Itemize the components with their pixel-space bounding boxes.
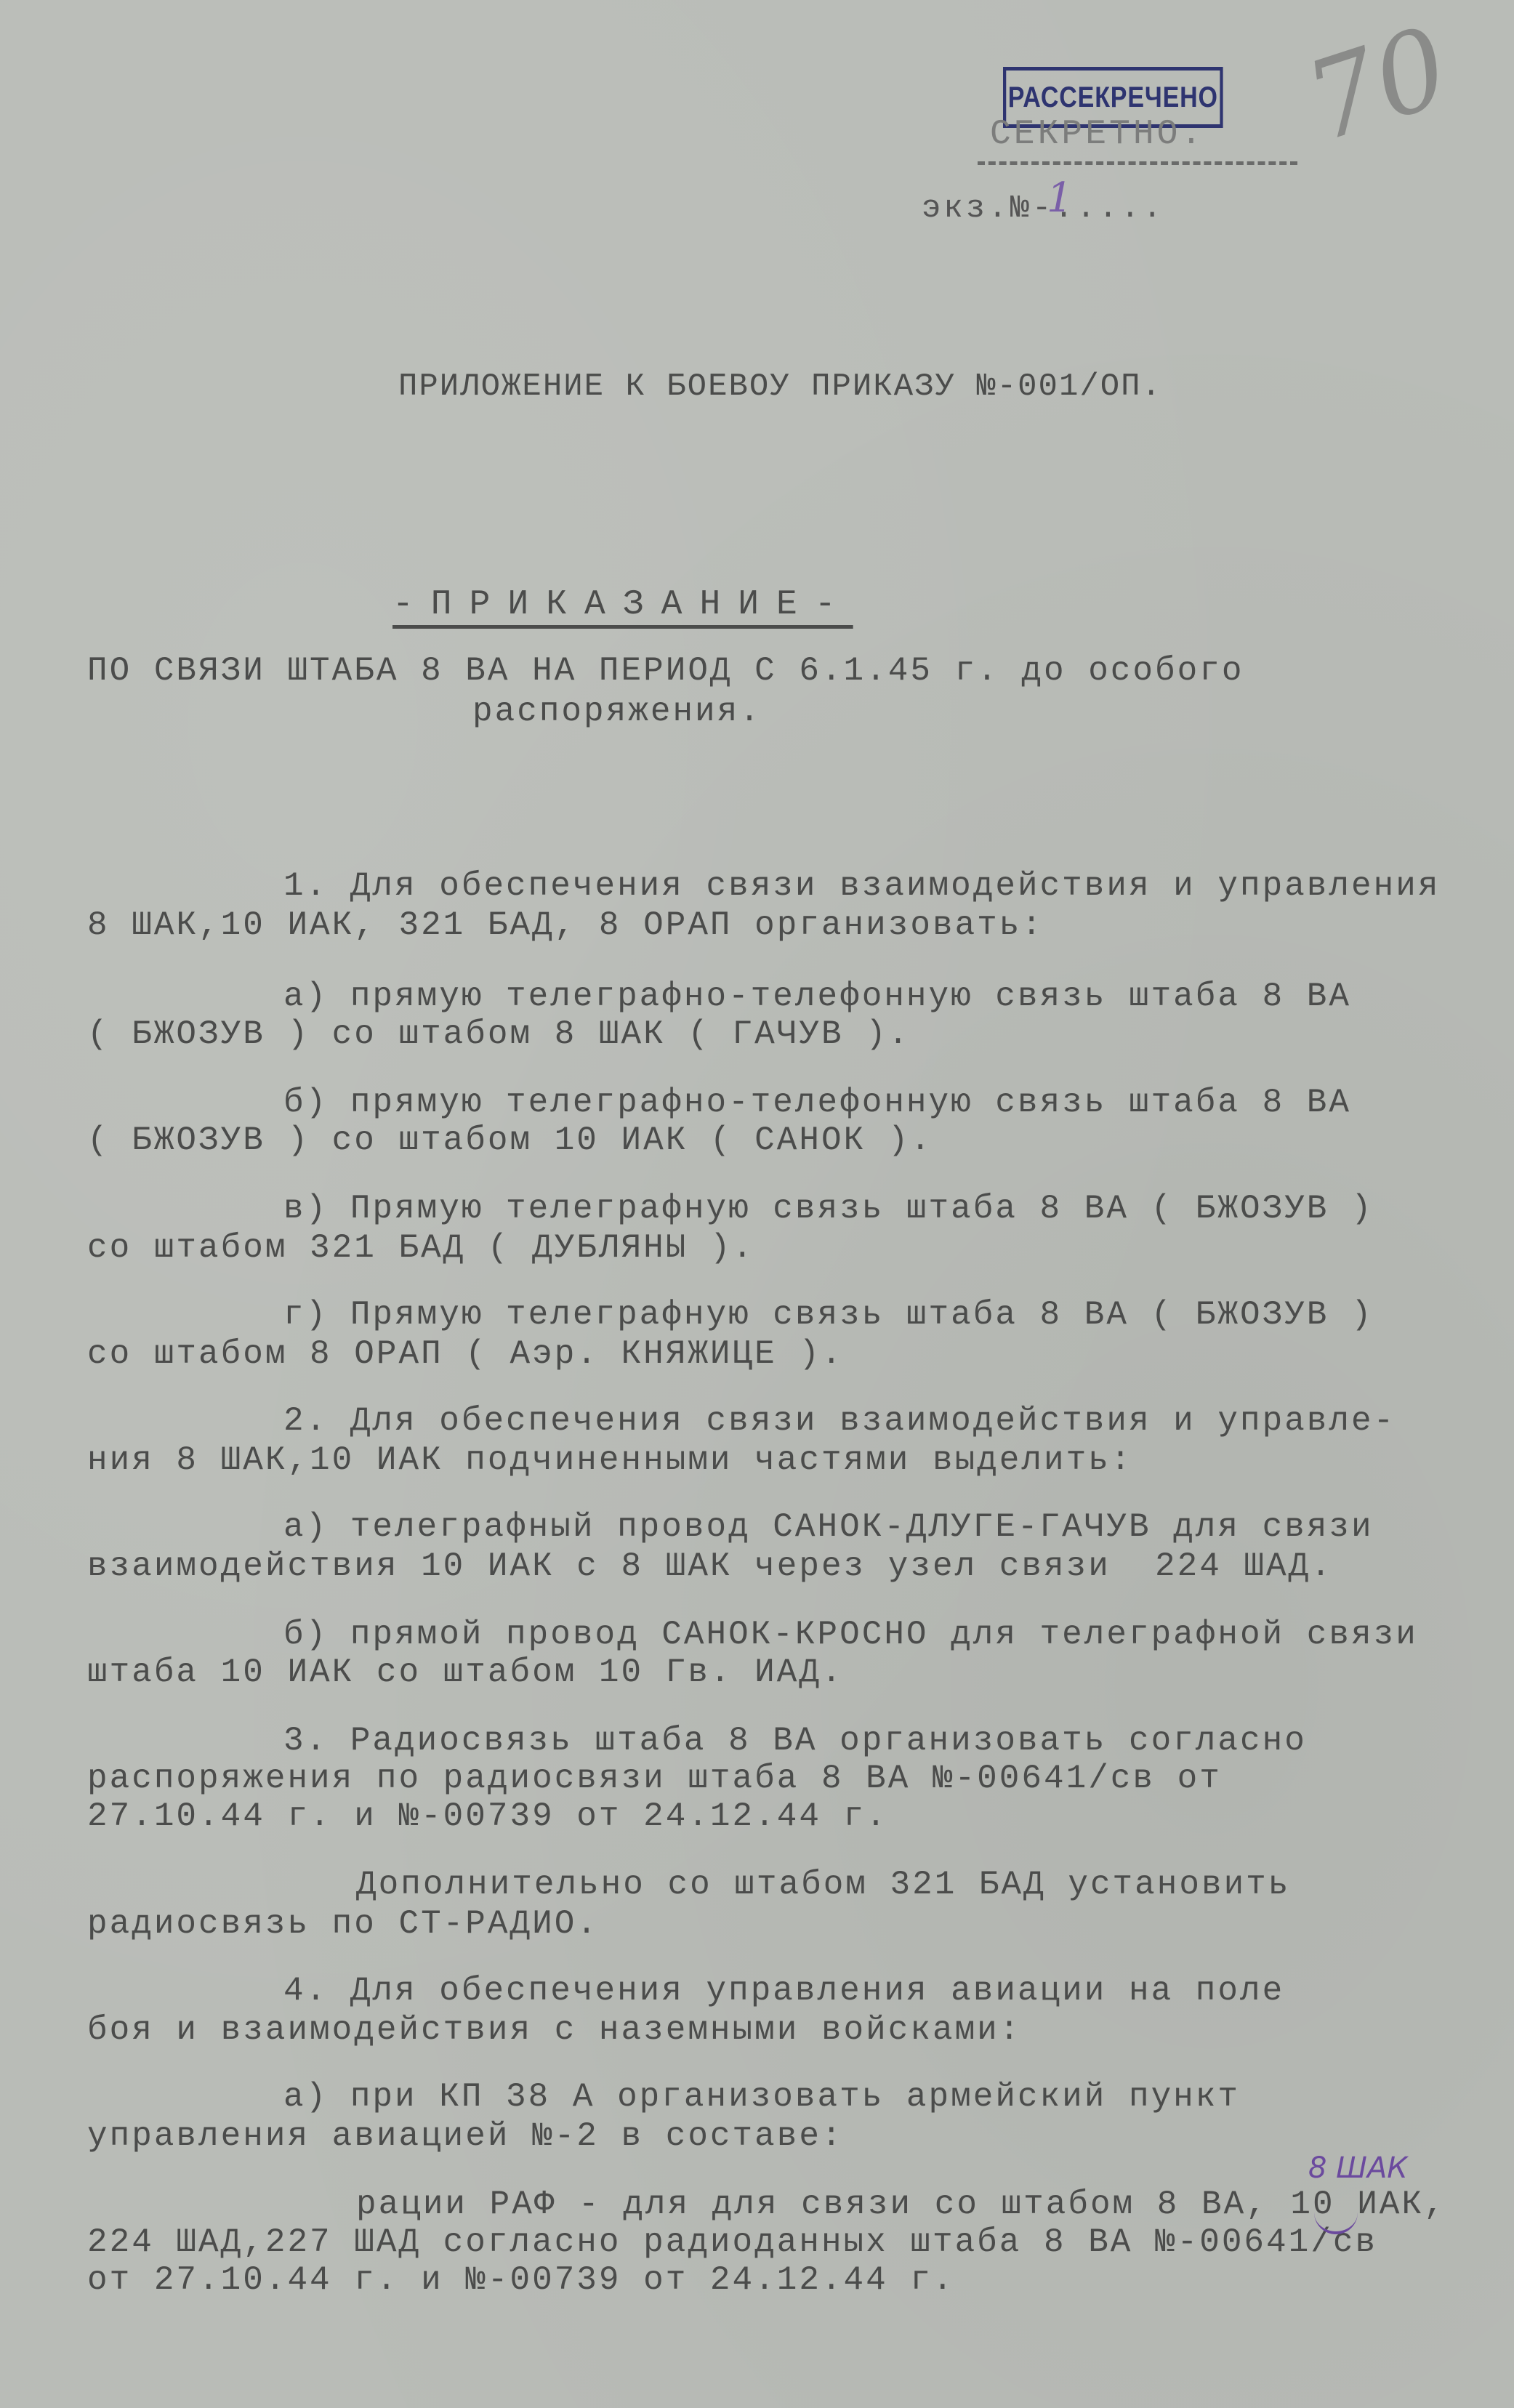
copy-number: 1	[1047, 174, 1073, 222]
body-line: г) Прямую телеграфную связь штаба 8 ВА (…	[283, 1298, 1374, 1332]
body-line: 4. Для обеспечения управления авиации на…	[283, 1974, 1284, 2008]
classification-mark: СЕКРЕТНО.	[990, 115, 1204, 154]
copy-label: экз.№-.....	[922, 190, 1164, 227]
body-line: распоряжения по радиосвязи штаба 8 ВА №-…	[87, 1762, 1222, 1795]
body-line: ( БЖОЗУВ ) со штабом 8 ШАК ( ГАЧУВ ).	[87, 1018, 910, 1051]
body-line: от 27.10.44 г. и №-00739 от 24.12.44 г.	[87, 2263, 955, 2297]
body-line: радиосвязь по СТ-РАДИО.	[87, 1907, 599, 1941]
body-line: 2. Для обеспечения связи взаимодействия …	[283, 1404, 1396, 1438]
document-page: 70 РАССЕКРЕЧЕНО СЕКРЕТНО. экз.№-..... 1 …	[0, 0, 1514, 2408]
body-line: Дополнительно со штабом 321 БАД установи…	[356, 1868, 1290, 1901]
folio-number: 70	[1292, 4, 1463, 166]
body-line: а) телеграфный провод САНОК-ДЛУГЕ-ГАЧУВ …	[283, 1510, 1374, 1544]
body-line: ( БЖОЗУВ ) со штабом 10 ИАК ( САНОК ).	[87, 1124, 933, 1157]
body-line: со штабом 8 ОРАП ( Аэр. КНЯЖИЦЕ ).	[87, 1337, 844, 1371]
body-line: 8 ШАК,10 ИАК, 321 БАД, 8 ОРАП организова…	[87, 909, 1044, 942]
body-line: б) прямой провод САНОК-КРОСНО для телегр…	[283, 1618, 1418, 1651]
handwritten-insert: 8 ШАК	[1308, 2151, 1408, 2185]
subtitle-line: ПО СВЯЗИ ШТАБА 8 ВА НА ПЕРИОД С 6.1.45 г…	[87, 654, 1244, 688]
body-line: рации РАФ - для для связи со штабом 8 ВА…	[356, 2188, 1446, 2221]
body-line: боя и взаимодействия с наземными войскам…	[87, 2013, 1021, 2047]
document-heading: -ПРИКАЗАНИЕ-	[392, 587, 853, 622]
body-line: управления авиацией №-2 в составе:	[87, 2119, 844, 2153]
body-line: ния 8 ШАК,10 ИАК подчиненными частями вы…	[87, 1443, 1132, 1477]
body-line: 3. Радиосвязь штаба 8 ВА организовать со…	[283, 1724, 1307, 1757]
body-line: 1. Для обеспечения связи взаимодействия …	[283, 869, 1440, 903]
document-title: ПРИЛОЖЕНИЕ К БОЕВОУ ПРИКАЗУ №-001/ОП.	[398, 371, 1162, 403]
body-line: а) прямую телеграфно-телефонную связь шт…	[283, 980, 1351, 1013]
divider	[978, 161, 1297, 165]
body-line: 224 ШАД,227 ШАД согласно радиоданных шта…	[87, 2226, 1377, 2259]
body-line: со штабом 321 БАД ( ДУБЛЯНЫ ).	[87, 1231, 754, 1265]
body-line: а) при КП 38 А организовать армейский пу…	[283, 2080, 1240, 2114]
body-line: взаимодействия 10 ИАК с 8 ШАК через узел…	[87, 1550, 1333, 1583]
body-line: б) прямую телеграфно-телефонную связь шт…	[283, 1086, 1351, 1119]
body-line: в) Прямую телеграфную связь штаба 8 ВА (…	[283, 1192, 1374, 1225]
subtitle-line: распоряжения.	[472, 695, 762, 728]
body-line: штаба 10 ИАК со штабом 10 Гв. ИАД.	[87, 1656, 844, 1689]
body-line: 27.10.44 г. и №-00739 от 24.12.44 г.	[87, 1800, 888, 1833]
